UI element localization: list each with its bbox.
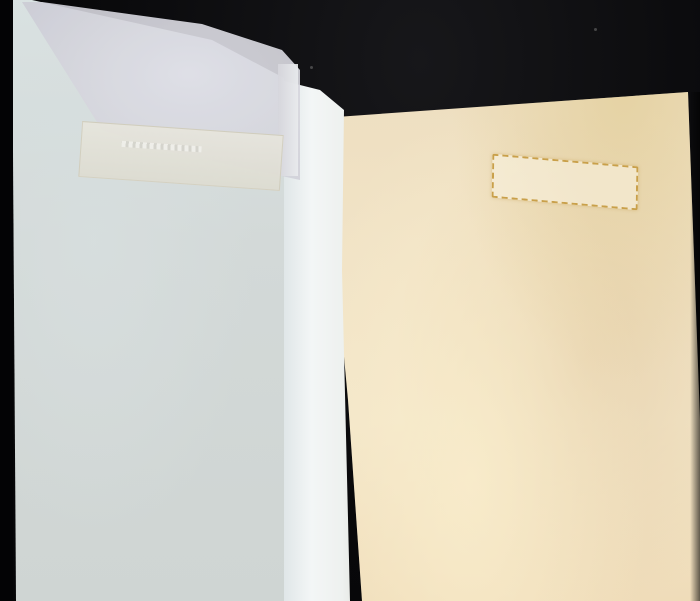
left-dark-border: [0, 0, 13, 601]
right-page-edge-shadow: [690, 92, 700, 601]
dust-speck: [594, 28, 597, 31]
photo-scene: [0, 0, 700, 601]
dust-speck: [310, 66, 313, 69]
tape-texture: [121, 141, 201, 153]
